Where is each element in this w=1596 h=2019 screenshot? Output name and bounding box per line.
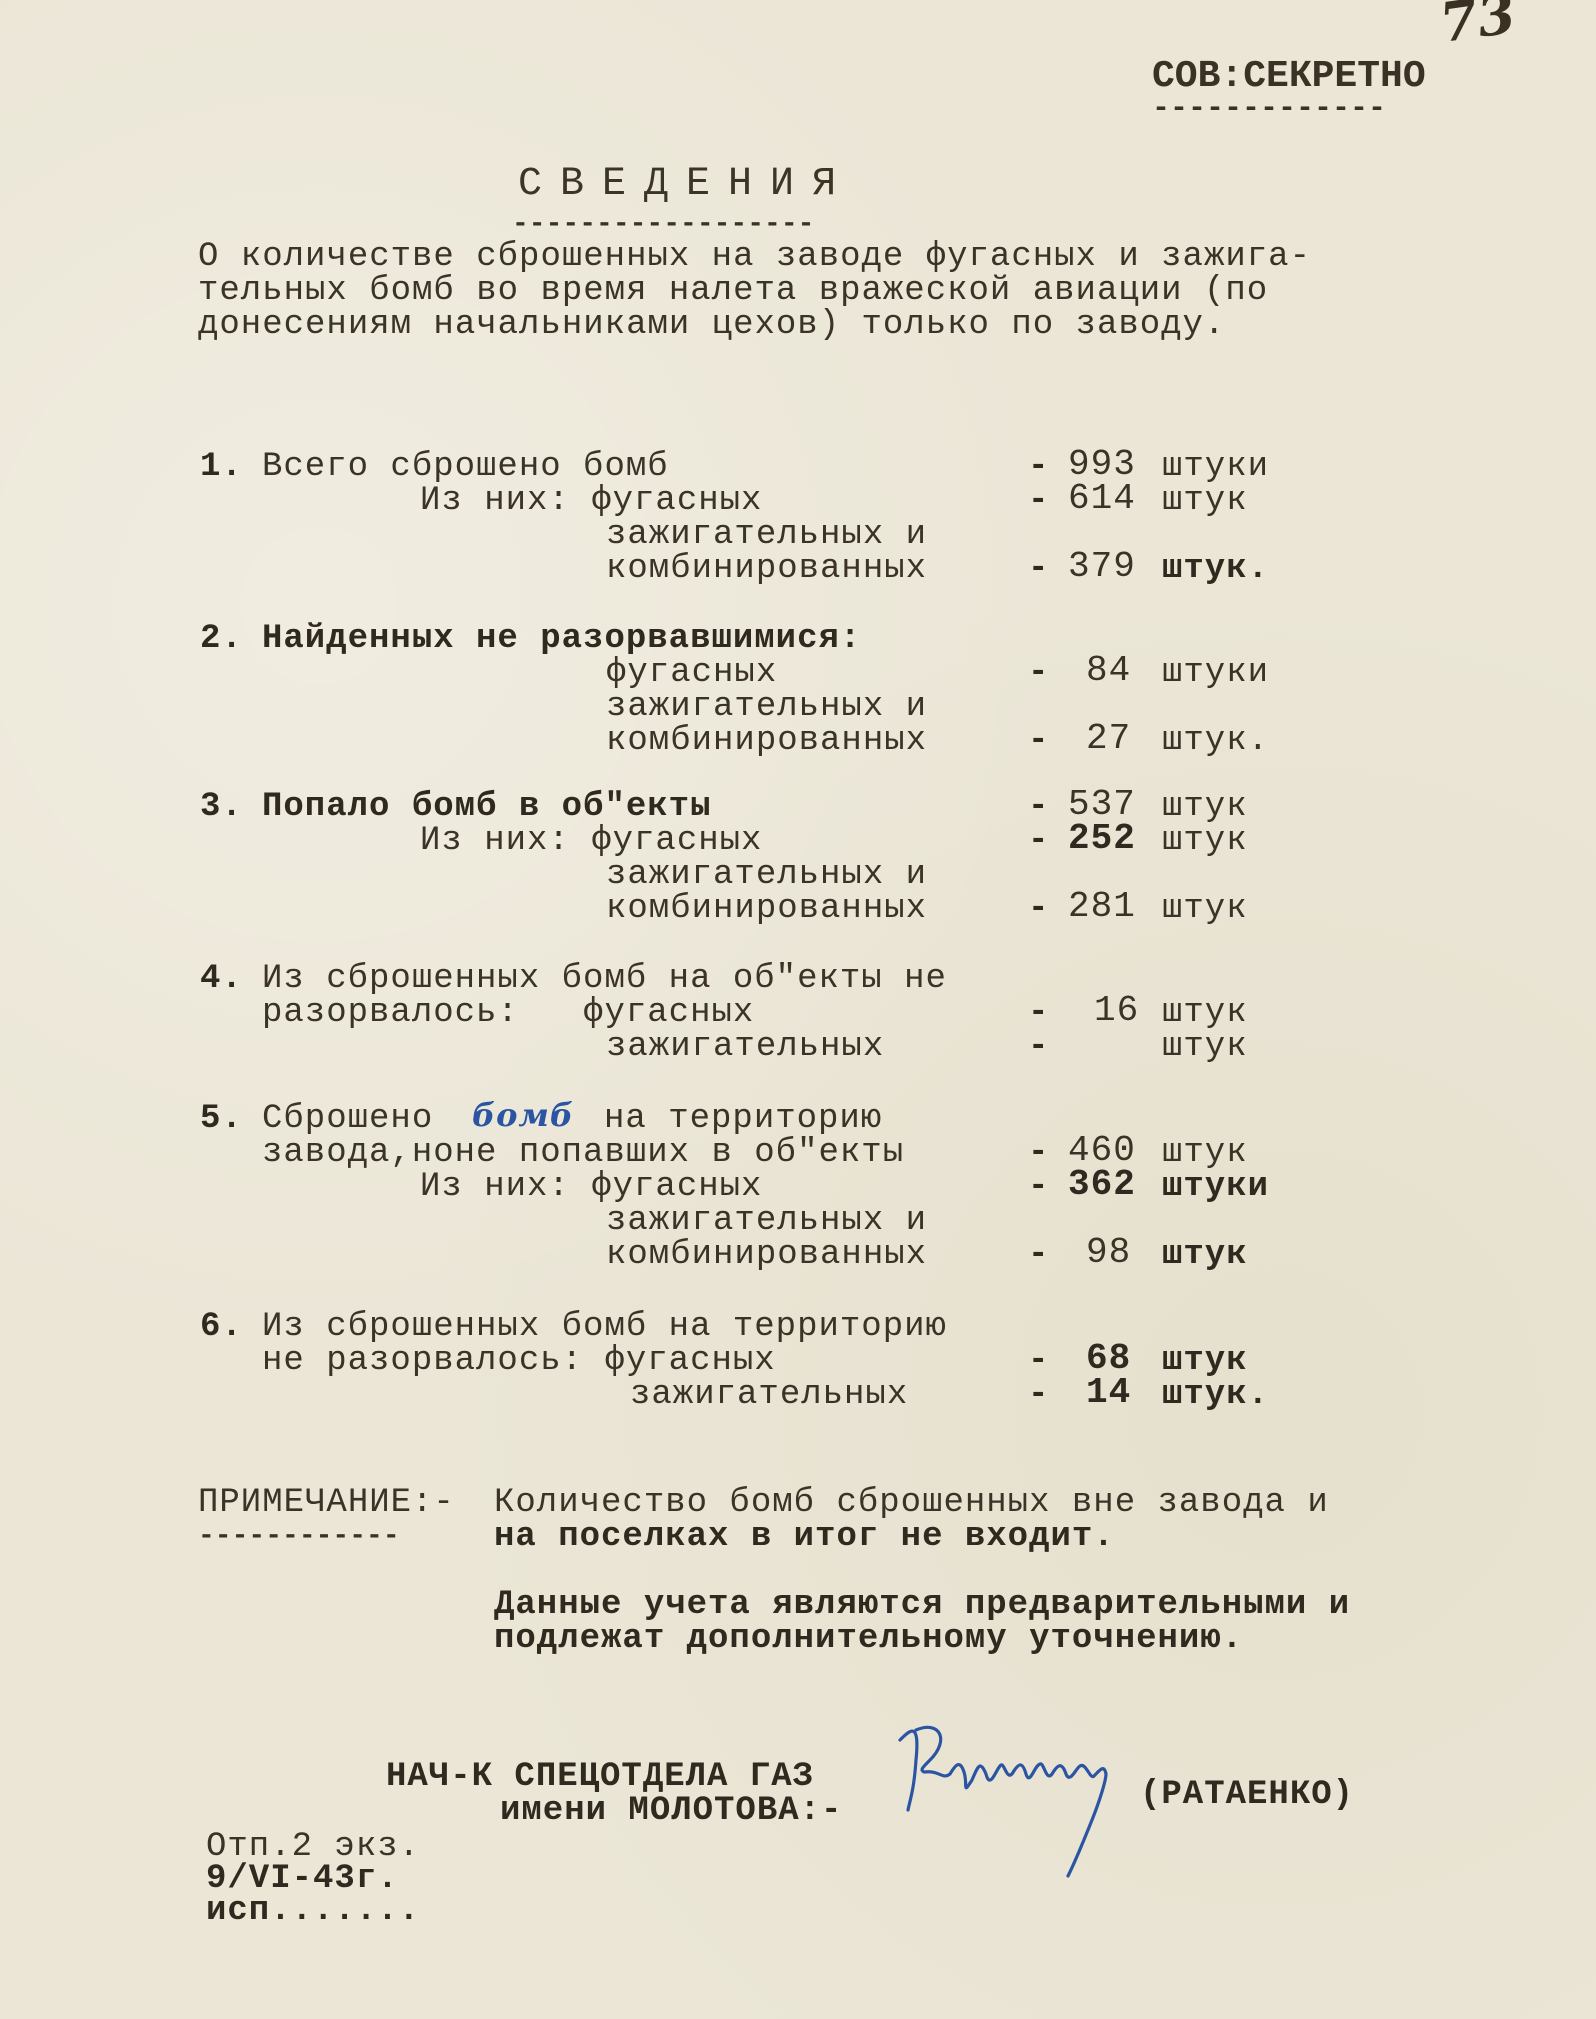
item-dash: - (1028, 450, 1049, 484)
item-label: комбинированных (606, 552, 927, 586)
item-dash: - (1028, 1030, 1049, 1064)
item-value: 379 (1068, 550, 1136, 584)
document-title: СВЕДЕНИЯ (518, 168, 854, 202)
intro-line-3: донесениям начальниками цехов) только по… (198, 308, 1225, 342)
item-label: Из них: фугасных (420, 1170, 762, 1204)
item-label: Всего сброшено бомб (262, 450, 669, 484)
item-unit: штук. (1162, 1378, 1269, 1412)
item-value: 14 (1086, 1376, 1131, 1410)
note-line-1: Количество бомб сброшенных вне завода и (494, 1486, 1329, 1520)
item-unit: штуки (1162, 656, 1269, 690)
intro-line-2: тельных бомб во время налета вражеской а… (198, 274, 1268, 308)
item-dash: - (1028, 1344, 1049, 1378)
item-value: 614 (1068, 482, 1136, 516)
item-value: 16 (1094, 994, 1139, 1028)
item-value: 68 (1086, 1342, 1131, 1376)
item-label: комбинированных (606, 724, 927, 758)
item-unit: штуки (1162, 450, 1269, 484)
item-label: не разорвалось: фугасных (262, 1344, 776, 1378)
item-value: 281 (1068, 890, 1136, 924)
item-number: 2. (200, 622, 243, 656)
item-unit: штук (1162, 1238, 1248, 1272)
item-unit: штук (1162, 1344, 1248, 1378)
item-label: зажигательных и (606, 858, 927, 892)
item-unit: штук (1162, 996, 1248, 1030)
item-number: 4. (200, 962, 243, 996)
item-label: Попало бомб в об"екты (262, 790, 711, 824)
item-number: 5. (200, 1102, 243, 1136)
item-value: 84 (1086, 654, 1131, 688)
item-label: завода,ноне попавших в об"екты (262, 1136, 904, 1170)
item-label: комбинированных (606, 892, 927, 926)
item-label: Сброшено (262, 1102, 433, 1136)
item-dash: - (1028, 1378, 1049, 1412)
item-label: комбинированных (606, 1238, 927, 1272)
item-number: 3. (200, 790, 243, 824)
handwritten-insert: бомб (472, 1098, 574, 1132)
item-dash: - (1028, 824, 1049, 858)
item-dash: - (1028, 724, 1049, 758)
folio-number: 73 (1436, 0, 1519, 55)
note-line-2: на поселках в итог не входит. (494, 1520, 1115, 1554)
item-dash: - (1028, 656, 1049, 690)
item-dash: - (1028, 1238, 1049, 1272)
item-label: Из них: фугасных (420, 484, 762, 518)
item-number: 1. (200, 450, 243, 484)
executor-line: исп....... (206, 1894, 420, 1928)
item-dash: - (1028, 790, 1049, 824)
item-unit: штук (1162, 790, 1248, 824)
copies-line: Отп.2 экз. (206, 1830, 420, 1864)
date-line: 9/VI-43г. (206, 1862, 399, 1896)
item-label: зажигательных и (606, 1204, 927, 1238)
item-dash: - (1028, 996, 1049, 1030)
note-label-underline: ------------ (198, 1520, 400, 1554)
item-label-rest: на территорию (604, 1102, 882, 1136)
signatory-position-line-2: имени МОЛОТОВА:- (500, 1794, 842, 1828)
item-dash: - (1028, 1170, 1049, 1204)
item-label: Из сброшенных бомб на об"екты не (262, 962, 947, 996)
item-unit: штуки (1162, 1170, 1269, 1204)
item-unit: штук (1162, 1136, 1248, 1170)
item-label: Из них: фугасных (420, 824, 762, 858)
item-label: Найденных не разорвавшимися: (262, 622, 861, 656)
signatory-name: (РАТАЕНКО) (1140, 1778, 1354, 1812)
item-value: 993 (1068, 448, 1136, 482)
classification-underline: ------------- (1152, 92, 1386, 126)
item-dash: - (1028, 892, 1049, 926)
item-value: 27 (1086, 722, 1131, 756)
item-unit: штук (1162, 484, 1248, 518)
note-label: ПРИМЕЧАНИЕ:- (198, 1486, 455, 1520)
item-dash: - (1028, 484, 1049, 518)
note-line-3: Данные учета являются предварительными и (494, 1588, 1350, 1622)
item-label: зажигательных и (606, 518, 927, 552)
item-unit: штук (1162, 892, 1248, 926)
item-value: 537 (1068, 788, 1136, 822)
item-label: зажигательных (606, 1030, 884, 1064)
item-unit: штук. (1162, 552, 1269, 586)
item-label: фугасных (606, 656, 777, 690)
handwritten-signature (880, 1700, 1180, 1880)
item-unit: штук. (1162, 724, 1269, 758)
item-value: 98 (1086, 1236, 1131, 1270)
item-label: Из сброшенных бомб на территорию (262, 1310, 947, 1344)
item-label: разорвалось: фугасных (262, 996, 754, 1030)
item-unit: штук (1162, 1030, 1248, 1064)
note-line-4: подлежат дополнительному уточнению. (494, 1622, 1243, 1656)
intro-line-1: О количестве сброшенных на заводе фугасн… (198, 240, 1311, 274)
item-number: 6. (200, 1310, 243, 1344)
item-label: зажигательных и (606, 690, 927, 724)
item-dash: - (1028, 1136, 1049, 1170)
item-label: зажигательных (630, 1378, 908, 1412)
title-underline: ------------------ (512, 208, 814, 242)
item-dash: - (1028, 552, 1049, 586)
item-value: 362 (1068, 1168, 1136, 1202)
item-unit: штук (1162, 824, 1248, 858)
signatory-position-line-1: НАЧ-К СПЕЦОТДЕЛА ГАЗ (386, 1760, 814, 1794)
item-value: 252 (1068, 822, 1136, 856)
item-value: 460 (1068, 1134, 1136, 1168)
